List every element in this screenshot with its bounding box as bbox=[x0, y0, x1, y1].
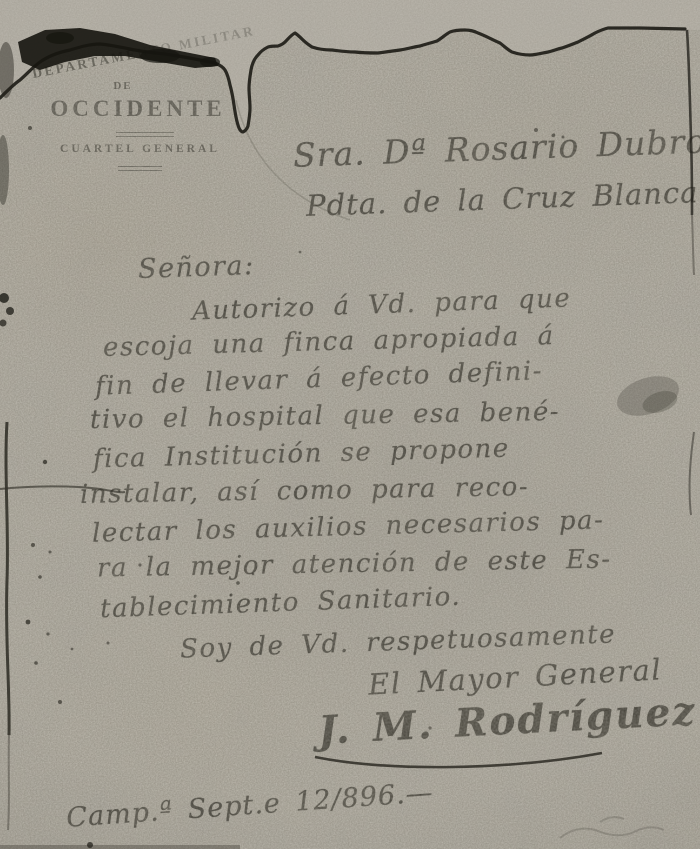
left-fold-fade bbox=[8, 735, 9, 830]
body-line: escoja una finca apropiada á bbox=[103, 321, 555, 363]
letterhead-divider-bottom bbox=[118, 166, 162, 171]
dateline: Camp.ª Sept.e 12/896.— bbox=[65, 777, 434, 834]
bottom-edge-shade bbox=[0, 845, 240, 849]
body-line: fin de llevar á efecto defini- bbox=[95, 356, 544, 402]
body-line: fica Institución se propone bbox=[93, 434, 510, 475]
letter-document: DEPARTAMENTO MILITAR DE OCCIDENTE CUARTE… bbox=[0, 0, 700, 849]
tear-blob bbox=[200, 57, 220, 67]
letterhead-divider-top bbox=[116, 132, 174, 137]
letterhead-cuartel-general: CUARTEL GENERAL bbox=[30, 143, 250, 155]
letterhead-department-line: DEPARTAMENTO MILITAR bbox=[31, 23, 257, 82]
ink-blot bbox=[0, 320, 7, 327]
edge-stain bbox=[0, 42, 14, 98]
edge-stain bbox=[0, 135, 9, 205]
letterhead-occidente: OCCIDENTE bbox=[38, 96, 238, 122]
ink-blot bbox=[0, 293, 9, 303]
tear-right-edge-fade bbox=[692, 215, 694, 275]
signature-flourish bbox=[315, 753, 602, 767]
addressee-name: Sra. Dª Rosario Dubrocá bbox=[292, 120, 700, 175]
body-line: instalar, así como para reco- bbox=[80, 472, 530, 510]
ghost-writing bbox=[560, 817, 664, 838]
body-line: Autorizo á Vd. para que bbox=[192, 283, 572, 326]
ink-blot bbox=[6, 307, 14, 315]
body-line: ra la mejor atención de este Es- bbox=[97, 545, 612, 584]
body-line: lectar los auxilios necesarios pa- bbox=[92, 505, 605, 548]
tear-blob bbox=[46, 32, 74, 44]
ink-blot bbox=[87, 842, 93, 848]
right-crease bbox=[690, 432, 694, 515]
body-line: tablecimiento Sanitario. bbox=[100, 582, 462, 625]
letterhead-de: DE bbox=[106, 80, 140, 92]
ink-smudge bbox=[640, 387, 680, 417]
left-fold-line bbox=[6, 422, 9, 735]
salutation: Señora: bbox=[137, 250, 255, 285]
addressee-title: Pdta. de la Cruz Blanca bbox=[306, 175, 699, 223]
ink-smudge bbox=[612, 369, 684, 423]
body-line: tivo el hospital que esa bené- bbox=[90, 397, 561, 435]
